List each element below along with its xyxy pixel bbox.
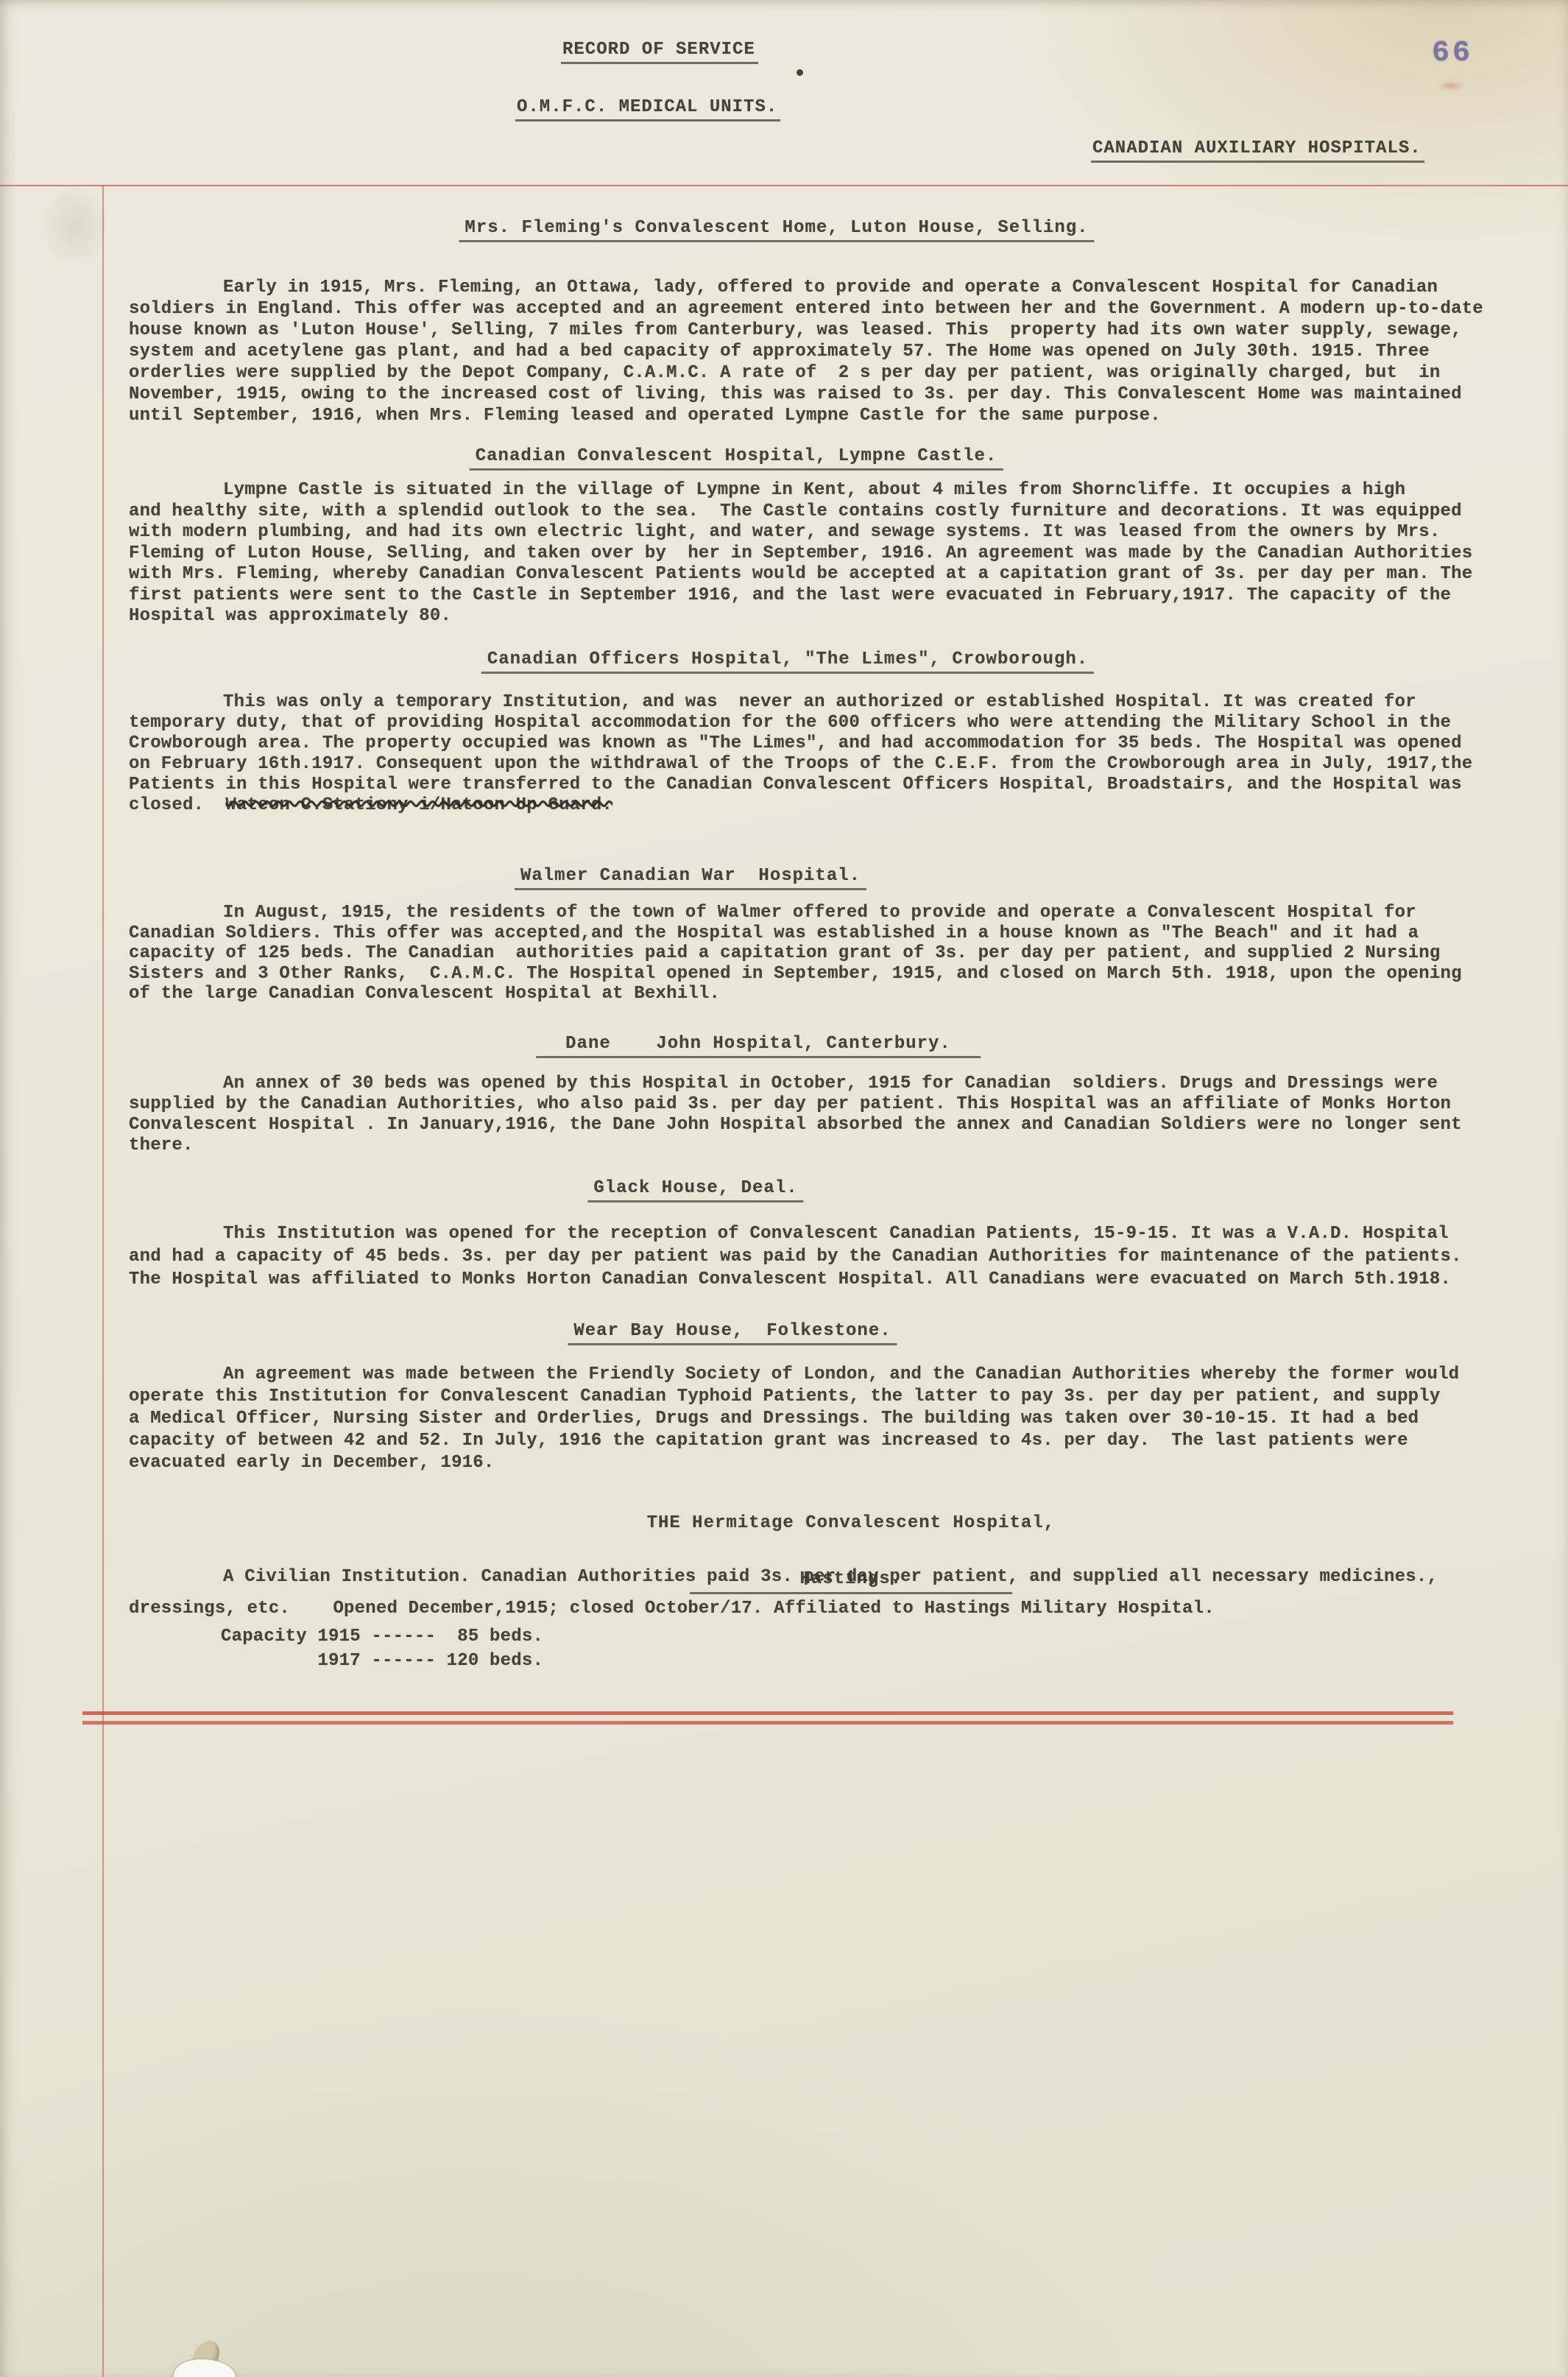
- section-body-hermitage: A Civilian Institution. Canadian Authori…: [129, 1561, 1531, 1624]
- margin-rule: [102, 185, 104, 2377]
- page-subtitle: O.M.F.C. MEDICAL UNITS.: [515, 97, 780, 122]
- paper-tear: [174, 2359, 236, 2377]
- section-body-glack-house: This Institution was opened for the rece…: [129, 1222, 1531, 1291]
- section-body-dane-john: An annex of 30 beds was opened by this H…: [129, 1074, 1531, 1156]
- section-heading-the-limes: Canadian Officers Hospital, "The Limes",…: [481, 649, 1094, 674]
- section-heading-hermitage-line1: THE Hermitage Convalescent Hospital,: [647, 1513, 1055, 1533]
- section-heading-lympne-castle: Canadian Convalescent Hospital, Lympne C…: [470, 446, 1003, 471]
- section-body-wear-bay: An agreement was made between the Friend…: [129, 1364, 1531, 1474]
- capacity-table: Capacity 1915 ------ 85 beds. 1917 -----…: [221, 1624, 543, 1673]
- crossed-out-text: Wateon C.Stationy i/Hatoon Up Guard.: [225, 795, 612, 815]
- section-heading-dane-john: Dane John Hospital, Canterbury.: [536, 1034, 981, 1058]
- document-page: RECORD OF SERVICE O.M.F.C. MEDICAL UNITS…: [0, 0, 1568, 2377]
- corner-heading: CANADIAN AUXILIARY HOSPITALS.: [1091, 138, 1424, 163]
- top-rule: [0, 185, 1568, 186]
- section-body-fleming-home: Early in 1915, Mrs. Fleming, an Ottawa, …: [129, 277, 1531, 426]
- pencil-smudge: [40, 183, 110, 267]
- section-body-lympne-castle: Lympne Castle is situated in the village…: [129, 480, 1531, 627]
- section-body-walmer: In August, 1915, the residents of the to…: [129, 903, 1531, 1004]
- page-title: RECORD OF SERVICE: [561, 40, 758, 64]
- section-body-the-limes: This was only a temporary Institution, a…: [129, 692, 1531, 816]
- section-heading-fleming-home: Mrs. Fleming's Convalescent Home, Luton …: [459, 218, 1094, 242]
- page-number: 66: [1432, 37, 1473, 70]
- section-heading-glack-house: Glack House, Deal.: [587, 1178, 803, 1202]
- ink-dot: [797, 69, 803, 76]
- bottom-double-rule: [82, 1711, 1453, 1725]
- section-heading-walmer: Walmer Canadian War Hospital.: [515, 866, 866, 890]
- red-smudge: [1437, 81, 1465, 91]
- section-heading-wear-bay: Wear Bay House, Folkestone.: [568, 1321, 897, 1345]
